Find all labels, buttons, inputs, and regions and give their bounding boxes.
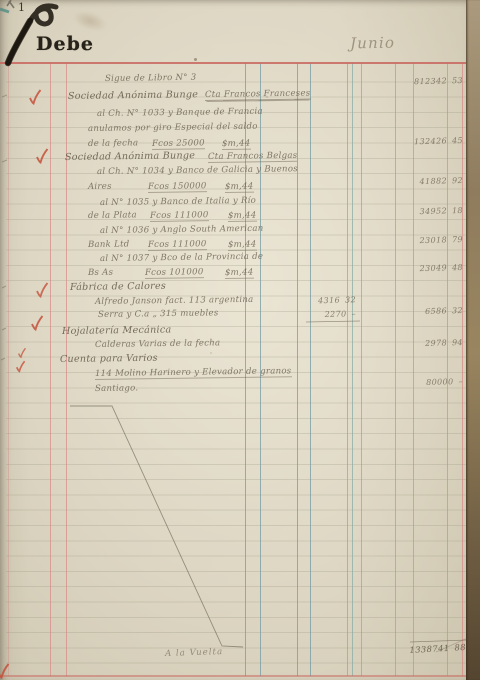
- ledger-rate-figure: $m,44: [225, 182, 254, 193]
- ledger-entry-line: de la Plata: [88, 210, 137, 221]
- ink-smudge: [70, 7, 110, 35]
- column-rule-amount-left: [395, 63, 396, 676]
- pen-test-mark: [7, 0, 14, 8]
- ledger-entry-line: Calderas Varias de la fecha: [95, 338, 221, 350]
- ledger-entry-line: de la fecha: [88, 138, 139, 149]
- page-side-heading: Debe: [36, 33, 94, 55]
- ledger-account-title: Sociedad Anónima Bunge: [65, 150, 195, 163]
- page-edge: [466, 0, 480, 680]
- ledger-account-title: Cuenta para Varios: [60, 353, 158, 365]
- ledger-subaccount: Cta Francos Franceses: [205, 89, 311, 101]
- header-rule: [0, 62, 467, 64]
- ledger-entry-line: Santiago.: [95, 383, 139, 394]
- ink-speck: [194, 58, 197, 61]
- column-rule-date-left: [50, 63, 51, 676]
- ledger-rate-figure: $m,44: [222, 139, 251, 150]
- ledger-subaccount: Cta Francos Belgas: [208, 151, 298, 163]
- ledger-account-title: Sociedad Anónima Bunge: [68, 89, 198, 102]
- ledger-entry-line: Sigue de Libro N° 3: [105, 73, 197, 84]
- ledger-account-title: Fábrica de Calores: [70, 281, 166, 293]
- ledger-page: 1 Debe Junio Sigue de Libro N° 3 Socieda…: [0, 0, 480, 680]
- column-rule-margin-outer: [8, 63, 9, 676]
- footer-rule: [0, 675, 467, 677]
- month-heading: Junio: [350, 34, 395, 53]
- ledger-currency-figure: Fcos 150000: [148, 181, 207, 193]
- column-rule-teal-2: [352, 63, 353, 676]
- ink-speck: [210, 352, 212, 354]
- ledger-entry-line: Serra y C.a „ 315 muebles: [98, 308, 219, 320]
- ledger-rate-figure: $m,44: [228, 240, 257, 251]
- corner-teal-mark: [0, 9, 9, 12]
- column-rule-cents: [447, 63, 448, 676]
- page-number: 1: [18, 1, 25, 14]
- column-rule-amount-right: [462, 63, 463, 676]
- ledger-entry-line: Bank Ltd: [88, 239, 130, 250]
- ledger-account-title: Hojalatería Mecánica: [62, 324, 172, 337]
- ledger-currency-figure: Fcos 101000: [145, 267, 204, 279]
- column-rule-teal-1: [347, 63, 348, 676]
- ledger-entry-line: Bs As: [88, 268, 113, 278]
- ink-flourish-tail: [8, 21, 30, 63]
- carry-forward-label: A la Vuelta: [165, 647, 223, 659]
- ledger-rate-figure: $m,44: [225, 268, 254, 279]
- column-rule-subtotal: [361, 63, 362, 676]
- subtotal-amount: 431632: [296, 295, 356, 306]
- ledger-currency-figure: Fcos 25000: [152, 138, 205, 150]
- ledger-currency-figure: Fcos 111000: [150, 210, 209, 222]
- column-rule-blue-4: [310, 63, 311, 676]
- column-rule-amount-mid: [413, 63, 414, 676]
- ledger-entry-line: Aires: [88, 182, 112, 192]
- subtotal-amount: 2270–: [296, 309, 356, 320]
- ledger-currency-figure: Fcos 111000: [148, 239, 207, 251]
- ledger-rate-figure: $m,44: [228, 211, 257, 222]
